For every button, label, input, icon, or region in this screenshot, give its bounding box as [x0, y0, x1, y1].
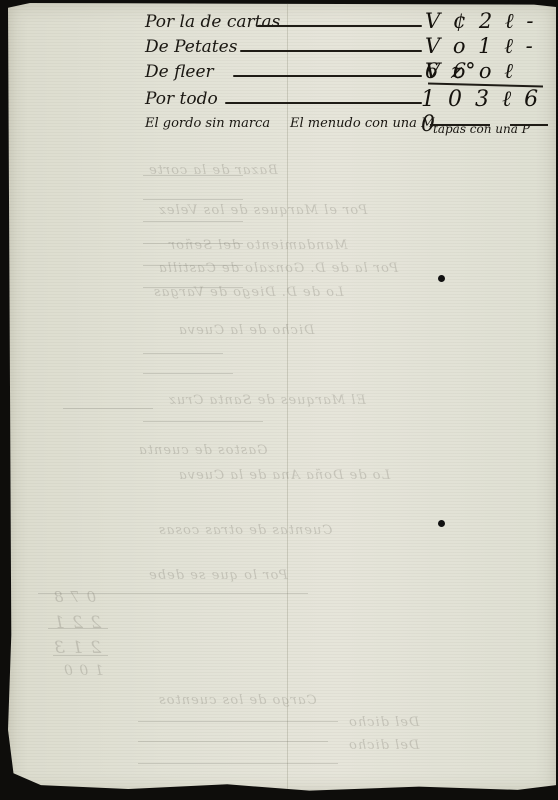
bleed-through-line: Cuentas de otras cosas: [158, 523, 332, 538]
bleed-through-rule: [143, 221, 243, 222]
bleed-through-line: Del dicho: [348, 738, 419, 753]
bleed-through-rule: [143, 287, 243, 288]
bleed-through-rule: [143, 243, 243, 244]
bleed-through-line: Por el Marques de los Velez: [158, 203, 367, 218]
bleed-through-line: Mandamiento del Señor: [168, 238, 348, 253]
bleed-through-rule: [63, 408, 153, 409]
scanned-page: Bazar de la corte Por el Marques de los …: [0, 0, 558, 800]
bleed-through-line: Por lo que se debe: [148, 568, 288, 583]
ledger-row: Por la de cartas V ¢ 2 ℓ -: [145, 12, 545, 32]
ledger-label: Por todo: [145, 89, 218, 109]
bleed-through-figure: 2 2 1: [53, 613, 101, 633]
ledger-row: De fleer V 6 o ℓ: [145, 62, 545, 82]
bleed-through-line: Cargo de los cuentos: [158, 693, 317, 708]
ledger-value: V 6 o ℓ: [425, 59, 516, 84]
bleed-through-rule: [143, 175, 243, 176]
ink-dot: [438, 520, 445, 527]
bleed-through-rule: [143, 353, 223, 354]
bleed-through-line: Por la de D. Gonzalo de Castilla: [158, 261, 398, 276]
bleed-through-line: Del dicho: [348, 715, 419, 730]
bleed-through-rule: [138, 721, 338, 722]
ledger-leader-rule: [233, 75, 422, 77]
bleed-through-rule: [138, 763, 338, 764]
ledger-label: De Petates: [145, 37, 237, 57]
bleed-through-figure: 0 7 8: [53, 588, 96, 606]
ledger-label: Por la de cartas: [145, 12, 280, 32]
bleed-through-line: Dicho de la Cueva: [178, 323, 315, 338]
bleed-through-figure: 1 0 0: [63, 663, 104, 679]
note-menudo: El menudo con una M: [290, 116, 434, 131]
bleed-through-rule: [138, 741, 328, 742]
bleed-through-rule: [38, 593, 308, 594]
bleed-through-rule: [143, 421, 263, 422]
bleed-through-rule: [53, 655, 108, 656]
ledger-row: De Petates V o 1 ℓ - 6 z°: [145, 37, 545, 57]
bleed-through-rule: [143, 199, 243, 200]
bleed-through-rule: [143, 265, 243, 266]
bleed-through-line: Lo de Doña Ana de la Cueva: [178, 468, 390, 483]
bleed-through-rule: [143, 373, 233, 374]
bleed-through-rule: [48, 628, 108, 629]
note-rule: [510, 124, 548, 126]
ledger-label: De fleer: [145, 62, 214, 82]
bleed-through-line: El Marques de Santa Cruz: [168, 393, 366, 408]
ledger-leader-rule: [225, 102, 422, 104]
ink-dot: [438, 275, 445, 282]
note-gordo: El gordo sin marca: [145, 116, 270, 131]
ledger-leader-rule: [257, 25, 422, 27]
ledger-value: V ¢ 2 ℓ -: [425, 9, 536, 34]
bleed-through-line: Gastos de cuenta: [138, 443, 268, 458]
note-rule: [430, 124, 490, 126]
ledger-leader-rule: [240, 50, 422, 52]
ledger-total-row: Por todo 1 0 3 ℓ 6 0: [145, 89, 545, 109]
